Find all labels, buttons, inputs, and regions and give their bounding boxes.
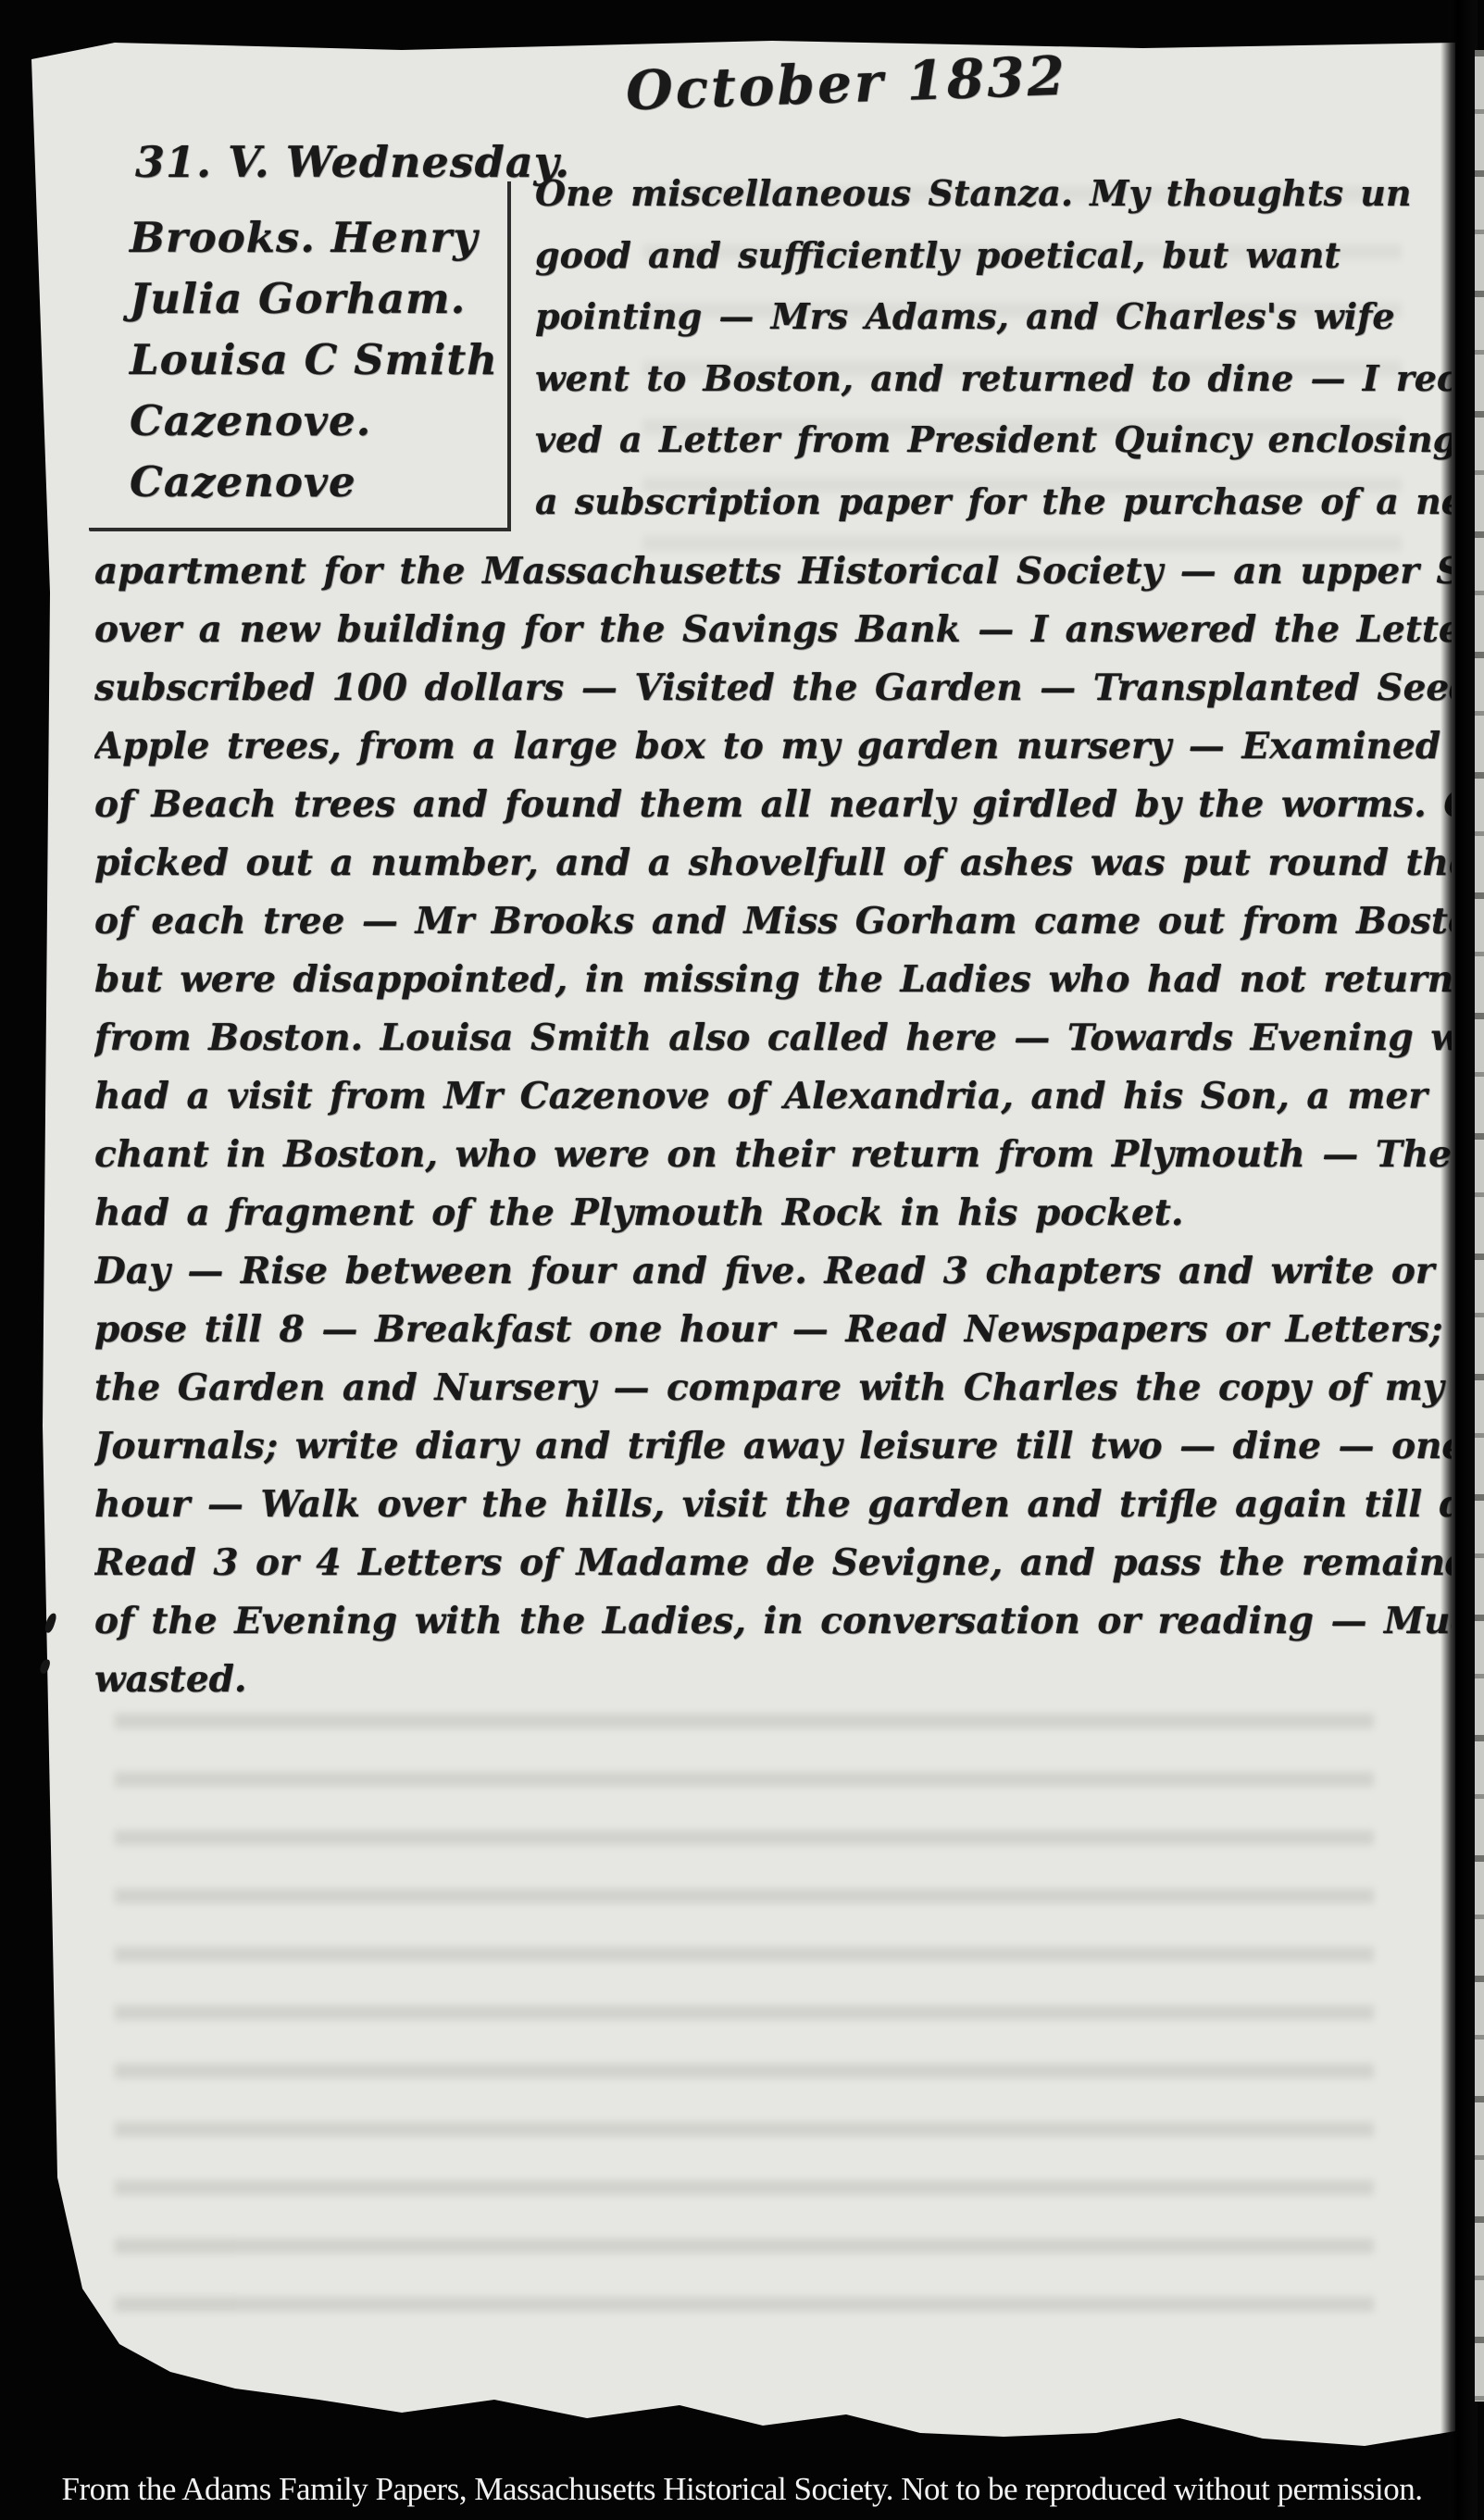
manuscript-line: of each tree — Mr Brooks and Miss Gorham…	[94, 892, 1452, 951]
manuscript-line: pose till 8 — Breakfast one hour — Read …	[94, 1301, 1452, 1359]
entry-date-line: 31. V. Wednesday.	[135, 137, 570, 187]
book-gutter-shadow	[1440, 0, 1478, 2520]
visitor-name: Julia Gorham.	[130, 268, 498, 330]
manuscript-line: Read 3 or 4 Letters of Madame de Sevigne…	[94, 1534, 1452, 1592]
archive-credit-bar: From the Adams Family Papers, Massachuse…	[0, 2459, 1484, 2520]
entry-opening-text: One miscellaneous Stanza. My thoughts un…	[535, 163, 1452, 532]
manuscript-line: pointing — Mrs Adams, and Charles's wife	[535, 286, 1452, 348]
manuscript-line: had a fragment of the Plymouth Rock in h…	[94, 1184, 1452, 1242]
manuscript-line: but were disappointed, in missing the La…	[94, 951, 1452, 1009]
visitor-name: Brooks. Henry	[130, 207, 498, 268]
visitor-name: Cazenove	[130, 452, 498, 513]
facing-page-edge	[1475, 50, 1484, 2401]
manuscript-line: Journals; write diary and trifle away le…	[94, 1417, 1452, 1476]
archive-credit-text: From the Adams Family Papers, Massachuse…	[62, 2471, 1423, 2508]
manuscript-line: picked out a number, and a shovelfull of…	[94, 834, 1452, 892]
manuscript-line: hour — Walk over the hills, visit the ga…	[94, 1476, 1452, 1534]
manuscript-line: Day — Rise between four and five. Read 3…	[94, 1242, 1452, 1301]
manuscript-line: One miscellaneous Stanza. My thoughts un	[535, 163, 1452, 225]
manuscript-line: went to Boston, and returned to dine — I…	[535, 348, 1452, 410]
visitor-names-box: Brooks. HenryJulia Gorham.Louisa C Smith…	[89, 181, 511, 531]
entry-body-text: apartment for the Massachusetts Historic…	[94, 543, 1452, 1709]
manuscript-line: had a visit from Mr Cazenove of Alexandr…	[94, 1067, 1452, 1126]
manuscript-line: Apple trees, from a large box to my gard…	[94, 717, 1452, 776]
manuscript-scan: October 1832 31. V. Wednesday. Brooks. H…	[0, 0, 1484, 2520]
manuscript-line: of the Evening with the Ladies, in conve…	[94, 1592, 1452, 1651]
manuscript-line: chant in Boston, who were on their retur…	[94, 1126, 1452, 1184]
ink-bleedthrough-lower	[115, 1676, 1374, 2352]
visitor-name-list: Brooks. HenryJulia Gorham.Louisa C Smith…	[130, 207, 498, 513]
manuscript-line: good and sufficiently poetical, but want	[535, 225, 1452, 287]
manuscript-line: ved a Letter from President Quincy enclo…	[535, 409, 1452, 471]
manuscript-line: wasted.	[94, 1651, 1452, 1709]
manuscript-line: apartment for the Massachusetts Historic…	[94, 543, 1452, 601]
manuscript-line: of Beach trees and found them all nearly…	[94, 776, 1452, 834]
visitor-name: Cazenove.	[130, 391, 498, 452]
manuscript-line: over a new building for the Savings Bank…	[94, 601, 1452, 659]
manuscript-line: from Boston. Louisa Smith also called he…	[94, 1009, 1452, 1067]
manuscript-line: subscribed 100 dollars — Visited the Gar…	[94, 659, 1452, 717]
manuscript-line: the Garden and Nursery — compare with Ch…	[94, 1359, 1452, 1417]
manuscript-line: a subscription paper for the purchase of…	[535, 471, 1452, 533]
visitor-name: Louisa C Smith	[130, 330, 498, 391]
